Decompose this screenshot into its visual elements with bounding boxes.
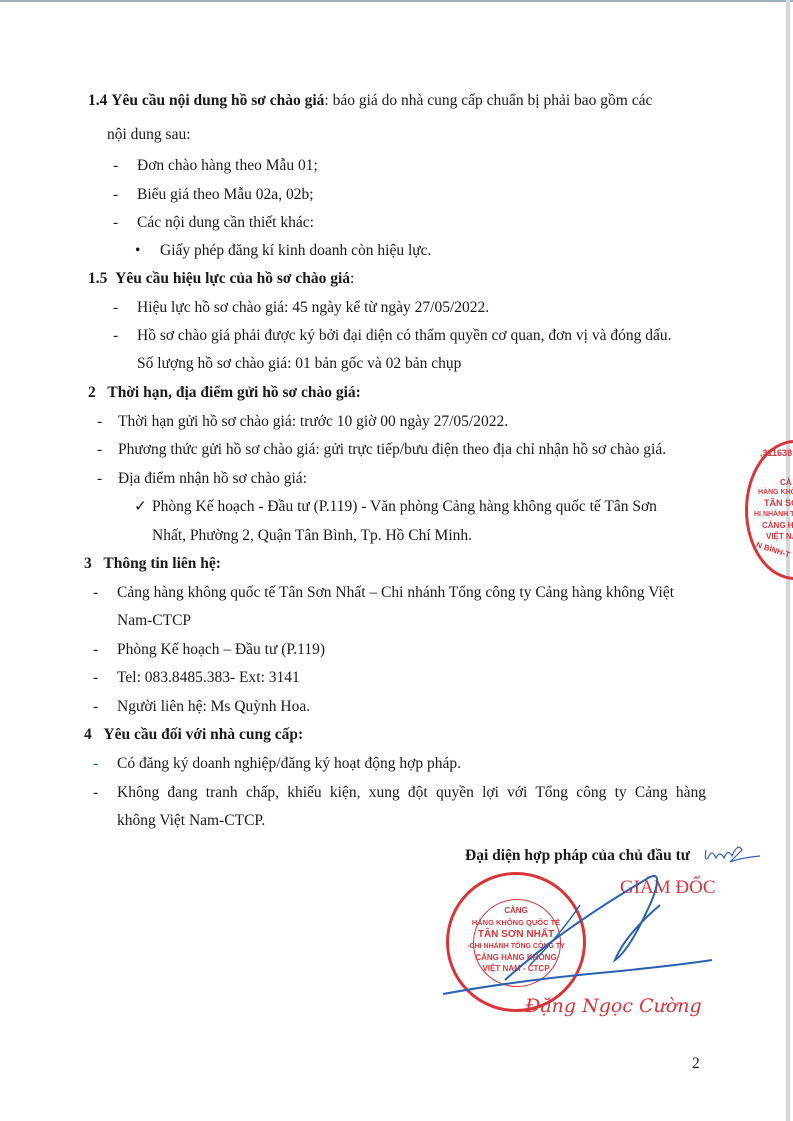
signatory-title: GIÁM ĐỐC: [620, 877, 716, 899]
section-intro: : báo giá do nhà cung cấp chuẩn bị phải …: [324, 92, 652, 109]
dash-marker: -: [93, 754, 98, 774]
seal-line: HÀNG KHÔNG QUỐC TẾ: [449, 919, 583, 927]
dash-marker: -: [93, 697, 98, 717]
section-title: Thông tin liên hệ:: [103, 555, 221, 572]
section-2-heading: 2 Thời hạn, địa điểm gửi hồ sơ chào giá:: [88, 383, 361, 403]
list-item-continued: không Việt Nam-CTCP.: [117, 811, 265, 831]
dash-marker: -: [113, 156, 118, 176]
signatory-name: Đặng Ngọc Cường: [525, 995, 702, 1017]
list-item: Thời hạn gửi hồ sơ chào giá: trước 10 gi…: [118, 412, 508, 432]
dash-marker: -: [113, 213, 118, 233]
margin-seal-line: CẢNG HÀ: [762, 522, 793, 530]
list-item: Đơn chào hàng theo Mẫu 01;: [137, 156, 318, 176]
dash-marker: -: [113, 326, 118, 346]
list-item: Người liên hệ: Ms Quỳnh Hoa.: [117, 697, 310, 717]
section-title: Yêu cầu nội dung hồ sơ chào giá: [111, 92, 324, 109]
dash-marker: -: [113, 185, 118, 205]
margin-seal-line: HI NHÁNH T: [754, 511, 793, 518]
margin-seal-line: HÀNG KHÔN: [758, 489, 793, 496]
section-title: Yêu cầu hiệu lực của hồ sơ chào giá: [115, 270, 350, 287]
list-item: Các nội dung cần thiết khác:: [137, 213, 314, 233]
bullet-marker: •: [135, 241, 140, 261]
dash-marker: -: [97, 469, 102, 489]
section-number: 4: [84, 726, 92, 743]
list-item-continued: Số lượng hồ sơ chào giá: 01 bản gốc và 0…: [137, 354, 461, 374]
check-list-item-continued: Nhất, Phường 2, Quận Tân Bình, Tp. Hồ Ch…: [152, 526, 472, 546]
check-list-item: Phòng Kế hoạch - Đầu tư (P.119) - Văn ph…: [152, 497, 657, 517]
signature-heading: Đại diện hợp pháp của chủ đầu tư: [465, 846, 690, 866]
list-item: Hiệu lực hồ sơ chào giá: 45 ngày kể từ n…: [137, 298, 489, 318]
company-seal: CẢNG HÀNG KHÔNG QUỐC TẾ TÂN SƠN NHẤT -CH…: [446, 872, 586, 1012]
section-number: 2: [88, 384, 96, 401]
dash-marker: -: [97, 412, 102, 432]
list-item: Phòng Kế hoạch – Đầu tư (P.119): [117, 640, 325, 660]
section-1-5-heading: 1.5 Yêu cầu hiệu lực của hồ sơ chào giá:: [88, 269, 354, 289]
list-item: Có đăng ký doanh nghiệp/đăng ký hoạt độn…: [117, 754, 461, 774]
page-top-edge: [0, 0, 793, 2]
dash-marker: -: [113, 298, 118, 318]
section-4-heading: 4 Yêu cầu đối với nhà cung cấp:: [84, 725, 303, 745]
section-number: 1.4: [88, 92, 107, 109]
margin-seal-line: CẢ: [780, 479, 793, 487]
section-title: Thời hạn, địa điểm gửi hồ sơ chào giá:: [107, 384, 360, 401]
section-3-heading: 3 Thông tin liên hệ:: [84, 554, 221, 574]
list-item: Phương thức gửi hồ sơ chào giá: gửi trực…: [118, 440, 666, 460]
seal-line: -CHI NHÁNH TỔNG CÔNG TY: [449, 943, 583, 950]
list-item: Cảng hàng không quốc tế Tân Sơn Nhất – C…: [117, 583, 674, 603]
list-item: Địa điểm nhận hồ sơ chào giá:: [118, 469, 307, 489]
margin-seal-line: TÂN SƠ: [764, 499, 793, 508]
check-marker-icon: ✓: [134, 497, 147, 517]
margin-seal-line: VIỆT NA: [766, 533, 793, 541]
dash-marker: -: [97, 440, 102, 460]
margin-seal-line: ,311638: [760, 449, 793, 458]
list-item: Biểu giá theo Mẫu 02a, 02b;: [137, 185, 314, 205]
section-number: 1.5: [88, 270, 107, 287]
list-item: Tel: 083.8485.383- Ext: 3141: [117, 668, 300, 688]
dash-marker: -: [93, 583, 98, 603]
section-1-4-heading: 1.4 Yêu cầu nội dung hồ sơ chào giá: báo…: [88, 91, 652, 111]
title-suffix: :: [350, 270, 354, 287]
section-title: Yêu cầu đối với nhà cung cấp:: [103, 726, 303, 743]
page-number: 2: [692, 1055, 700, 1073]
section-intro-continued: nội dung sau:: [107, 125, 191, 145]
dash-marker: -: [93, 783, 98, 803]
dash-marker: -: [93, 668, 98, 688]
dash-marker: -: [93, 640, 98, 660]
seal-line: TÂN SƠN NHẤT: [449, 930, 583, 940]
list-item-continued: Nam-CTCP: [117, 611, 191, 631]
sub-list-item: Giấy phép đăng kí kinh doanh còn hiệu lự…: [160, 241, 431, 261]
list-item: Không đang tranh chấp, khiếu kiện, xung …: [117, 783, 706, 803]
seal-line: CẢNG HÀNG KHÔNG: [449, 954, 583, 962]
list-item: Hồ sơ chào giá phải được ký bởi đại diện…: [137, 326, 672, 346]
seal-line: CẢNG: [449, 907, 583, 915]
section-number: 3: [84, 555, 92, 572]
margin-seal-line: N BÌNH-T: [755, 541, 793, 577]
seal-line: VIỆT NAM - CTCP: [449, 965, 583, 973]
margin-seal-partial: ,311638 CẢ HÀNG KHÔN TÂN SƠ HI NHÁNH T C…: [745, 440, 793, 580]
